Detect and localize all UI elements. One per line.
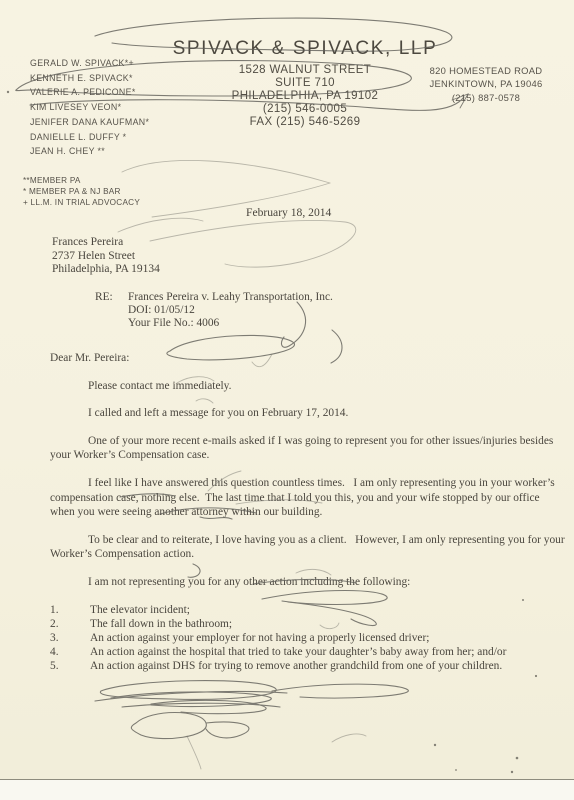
recipient-address: Frances Pereira 2737 Helen Street Philad… <box>52 236 160 277</box>
body-paragraph: One of your more recent e-mails asked if… <box>50 434 566 463</box>
recipient-city: Philadelphia, PA 19134 <box>52 263 160 277</box>
note-line: + LL.M. IN TRIAL ADVOCACY <box>23 198 140 209</box>
attorney-name: JENIFER DANA KAUFMAN* <box>30 115 149 130</box>
list-item-number: 5. <box>50 659 90 673</box>
list-item-text: The elevator incident; <box>90 603 522 617</box>
branch-address-line: JENKINTOWN, PA 19046 <box>402 77 570 90</box>
list-item: 4. An action against the hospital that t… <box>50 645 566 659</box>
body-paragraph: To be clear and to reiterate, I love hav… <box>50 533 566 562</box>
list-item-number: 2. <box>50 617 90 631</box>
scan-page-edge <box>0 779 574 800</box>
attorney-name: DANIELLE L. DUFFY * <box>30 130 149 145</box>
note-line: **MEMBER PA <box>23 176 140 187</box>
firm-fax: FAX (215) 546-5269 <box>155 116 455 129</box>
recipient-name: Frances Pereira <box>52 236 160 250</box>
list-item-text: An action against the hospital that trie… <box>90 645 522 659</box>
body-paragraph: Please contact me immediately. <box>50 379 566 394</box>
excluded-actions-list: 1. The elevator incident; 2. The fall do… <box>50 603 566 674</box>
list-item: 1. The elevator incident; <box>50 603 566 617</box>
list-item: 2. The fall down in the bathroom; <box>50 617 566 631</box>
list-item-text: An action against DHS for trying to remo… <box>90 659 522 673</box>
re-label: RE: <box>95 291 128 330</box>
recipient-street: 2737 Helen Street <box>52 250 160 264</box>
note-line: * MEMBER PA & NJ BAR <box>23 187 140 198</box>
body-paragraph: I called and left a message for you on F… <box>50 406 566 421</box>
body-paragraph: I feel like I have answered this questio… <box>50 476 566 520</box>
attorney-name: VALERIE A. PEDICONE* <box>30 85 149 100</box>
attorney-name: JEAN H. CHEY ** <box>30 144 149 159</box>
list-item-number: 1. <box>50 603 90 617</box>
list-item: 5. An action against DHS for trying to r… <box>50 659 566 673</box>
branch-address-line: 820 HOMESTEAD ROAD <box>402 64 570 77</box>
attorney-name: GERALD W. SPIVACK*+ <box>30 56 149 71</box>
re-case-caption: Frances Pereira v. Leahy Transportation,… <box>128 291 458 304</box>
list-intro: I am not representing you for any other … <box>50 575 566 590</box>
branch-office-address: 820 HOMESTEAD ROAD JENKINTOWN, PA 19046 … <box>402 64 570 104</box>
re-doi: DOI: 01/05/12 <box>128 304 458 317</box>
list-item-number: 3. <box>50 631 90 645</box>
attorney-name: KIM LIVESEY VEON* <box>30 100 149 115</box>
attorney-list: GERALD W. SPIVACK*+ KENNETH E. SPIVACK* … <box>30 56 149 159</box>
firm-phone: (215) 546-0005 <box>155 103 455 116</box>
attorney-name: KENNETH E. SPIVACK* <box>30 71 149 86</box>
list-item-text: An action against your employer for not … <box>90 631 522 645</box>
re-block: RE: Frances Pereira v. Leahy Transportat… <box>95 291 458 330</box>
scanned-letter-page: GERALD W. SPIVACK*+ KENNETH E. SPIVACK* … <box>0 0 574 800</box>
list-item: 3. An action against your employer for n… <box>50 631 566 645</box>
salutation: Dear Mr. Pereira: <box>50 351 566 366</box>
list-item-number: 4. <box>50 645 90 659</box>
list-item-text: The fall down in the bathroom; <box>90 617 522 631</box>
firm-name: SPIVACK & SPIVACK, LLP <box>155 38 455 60</box>
branch-phone: (215) 887-0578 <box>402 91 570 104</box>
letter-date: February 18, 2014 <box>246 206 331 219</box>
letter-body: Dear Mr. Pereira: Please contact me imme… <box>50 351 566 674</box>
re-file-number: Your File No.: 4006 <box>128 317 458 330</box>
bar-membership-notes: **MEMBER PA * MEMBER PA & NJ BAR + LL.M.… <box>23 176 140 208</box>
